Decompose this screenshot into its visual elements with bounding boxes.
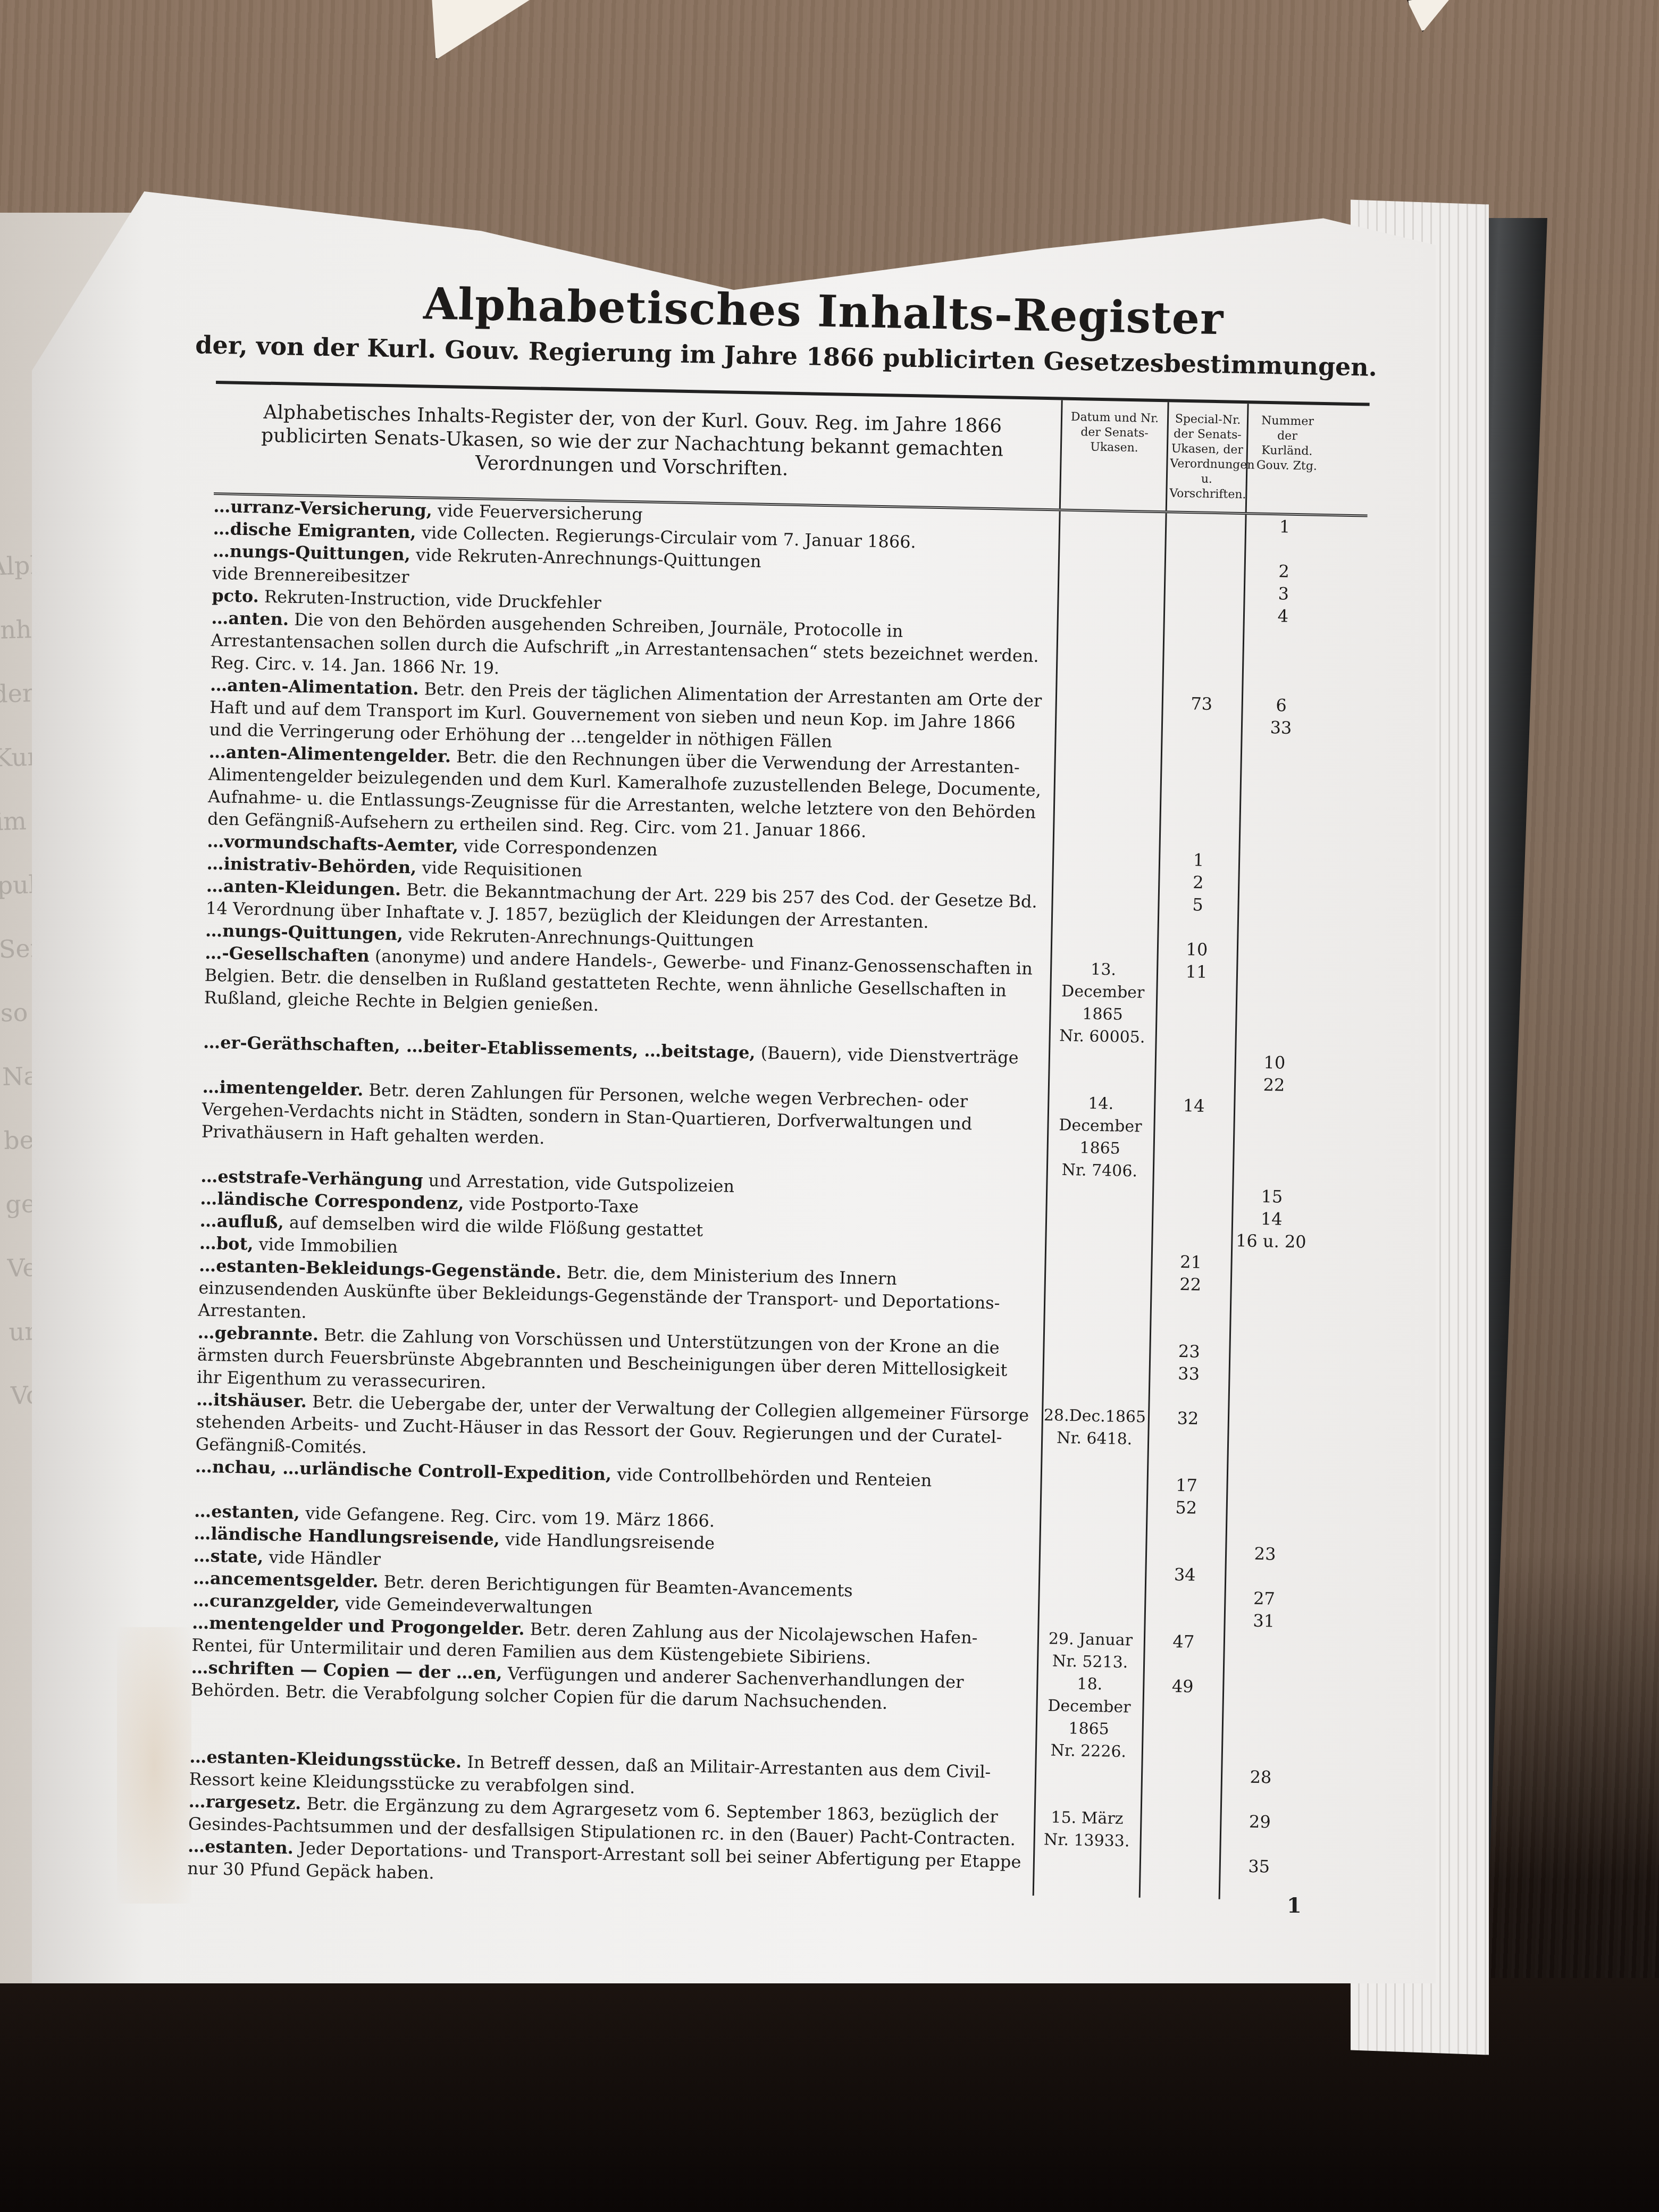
entry-date: [1055, 623, 1163, 692]
entry-keyword: …curanzgelder,: [192, 1590, 340, 1613]
entry-description: vide Brennereibesitzer: [212, 563, 409, 587]
entry-date: 18. December 1865 Nr. 2226.: [1035, 1672, 1143, 1764]
entry-gazette-number: 16 u. 20: [1231, 1229, 1311, 1253]
entry-special-number: 73: [1161, 692, 1242, 760]
entry-date: [1033, 1851, 1140, 1898]
entry-keyword: …ländische Correspondenz,: [200, 1188, 464, 1214]
entry-description: Betr. die Uebergabe der, unter der Verwa…: [195, 1392, 1029, 1457]
entry-gazette-number: 15: [1232, 1185, 1312, 1209]
entry-keyword: …urranz-Versicherung,: [213, 496, 432, 521]
entry-text: …imentengelder. Betr. deren Zahlungen fü…: [201, 1076, 1048, 1181]
entry-gazette-number: [1244, 537, 1325, 561]
entry-date: [1039, 1538, 1146, 1563]
entry-date: [1051, 935, 1158, 960]
document-page: Alphabetisches Inhalts-Register der, von…: [32, 191, 1436, 1983]
entry-special-number: 14: [1152, 1094, 1234, 1185]
entry-special-number: 47: [1143, 1630, 1224, 1676]
table-body: …urranz-Versicherung, vide Feuerversiche…: [187, 495, 1368, 1901]
entry-text: …-Gesellschaften (anonyme) und andere Ha…: [204, 942, 1051, 1047]
entry-date: [1054, 690, 1162, 759]
entry-keyword: …nungs-Quittungen,: [213, 541, 411, 565]
entry-date: [1038, 1561, 1145, 1585]
entry-keyword: …rargesetz.: [188, 1791, 301, 1813]
entry-keyword: …inistrativ-Behörden,: [206, 853, 416, 878]
entry-special-number: 22: [1150, 1272, 1230, 1341]
entry-special-number: [1159, 759, 1241, 850]
entry-special-number: [1162, 625, 1243, 693]
entry-gazette-number: [1227, 1408, 1308, 1477]
entry-description: vide Immobilien: [258, 1234, 398, 1257]
entry-date: [1053, 757, 1161, 848]
page-number: 1: [1287, 1893, 1302, 1918]
table-header: Alphabetisches Inhalts-Register der, von…: [214, 384, 1370, 517]
entry-date: [1048, 1047, 1155, 1094]
entry-keyword: …itshäuser.: [196, 1389, 307, 1412]
entry-keyword: …aufluß,: [199, 1211, 284, 1233]
entry-special-number: 1: [1159, 848, 1239, 872]
entry-gazette-number: [1242, 626, 1322, 695]
entry-description: Die von den Behörden ausgehenden Schreib…: [211, 609, 1040, 678]
entry-date: [1045, 1203, 1152, 1228]
entry-date: [1051, 891, 1158, 937]
entry-description: vide Postporto-Taxe: [469, 1193, 639, 1217]
entry-gazette-number: [1221, 1676, 1302, 1767]
entry-date: [1037, 1605, 1144, 1630]
entry-keyword: …gebrannte.: [197, 1322, 319, 1345]
entry-date: [1058, 556, 1164, 580]
entry-keyword: …imentengelder.: [202, 1077, 363, 1100]
entry-gazette-number: 23: [1225, 1542, 1305, 1566]
entry-keyword: …eststrafe-Verhängung: [200, 1166, 423, 1191]
entry-gazette-number: [1226, 1520, 1306, 1544]
entry-special-number: 32: [1147, 1406, 1228, 1475]
entry-text: …schriften — Copien — der …en, Verfügung…: [190, 1656, 1037, 1761]
entry-special-number: [1145, 1540, 1226, 1564]
entry-date: 14. December 1865 Nr. 7406.: [1046, 1092, 1154, 1183]
entry-date: 13. December 1865 Nr. 60005.: [1049, 958, 1157, 1049]
entry-gazette-number: [1228, 1341, 1309, 1410]
entry-special-number: [1163, 602, 1244, 626]
entry-date: [1038, 1583, 1145, 1607]
entry-keyword: …anten.: [211, 608, 289, 630]
entry-special-number: [1163, 580, 1244, 604]
entry-description: vide Correspondenzen: [464, 836, 658, 860]
entry-description: (Bauern), vide Dienstverträge: [760, 1043, 1019, 1068]
entry-gazette-number: 3: [1243, 582, 1323, 606]
page-content: Alphabetisches Inhalts-Register der, von…: [32, 271, 1393, 1902]
entry-special-number: 23 33: [1148, 1339, 1229, 1408]
entry-keyword: …estanten.: [188, 1836, 294, 1858]
entry-gazette-number: 10 22: [1234, 1051, 1315, 1097]
entry-gazette-number: [1235, 961, 1316, 1052]
entry-date: [1052, 868, 1159, 893]
entry-special-number: [1144, 1607, 1224, 1631]
paper-scrap: [395, 0, 534, 69]
entry-description: vide Handlungsreisende: [505, 1529, 715, 1554]
entry-keyword: …nungs-Quittungen,: [205, 920, 404, 944]
header-date-column: Datum und Nr. der Senats-Ukasen.: [1059, 400, 1168, 510]
entry-special-number: 34: [1145, 1563, 1225, 1587]
entry-description: vide Händler: [269, 1547, 381, 1569]
entry-keyword: …dische Emigranten,: [213, 518, 416, 542]
entry-gazette-number: 1: [1245, 515, 1325, 539]
entry-special-number: 5: [1157, 893, 1238, 939]
entry-description: vide Gemeindeverwaltungen: [345, 1593, 593, 1618]
entry-keyword: …vormundschafts-Aemter,: [207, 831, 458, 856]
entry-date: [1040, 1471, 1147, 1518]
entry-gazette-number: [1225, 1564, 1305, 1588]
entry-keyword: …estanten-Kleidungsstücke.: [189, 1746, 462, 1772]
entry-special-number: [1154, 1049, 1235, 1095]
entry-description: vide Controllbehörden und Renteien: [617, 1464, 932, 1490]
entry-special-number: [1164, 558, 1244, 582]
entry-gazette-number: [1236, 939, 1317, 963]
entry-gazette-number: 27: [1224, 1587, 1304, 1611]
entry-keyword: …estanten,: [194, 1501, 300, 1523]
entry-gazette-number: 28: [1220, 1765, 1301, 1812]
entry-date: [1057, 600, 1164, 625]
entry-keyword: pcto.: [212, 585, 259, 607]
entry-date: [1052, 846, 1159, 870]
header-main: Alphabetisches Inhalts-Register der, von…: [214, 384, 1061, 508]
entry-gazette-number: [1226, 1475, 1306, 1521]
entry-keyword: …anten-Alimentation.: [210, 675, 419, 699]
entry-gazette-number: [1238, 850, 1319, 874]
entry-text: …anten-Alimentengelder. Betr. die den Re…: [207, 741, 1054, 846]
register-table: Alphabetisches Inhalts-Register der, von…: [187, 381, 1370, 1901]
entry-date: [1059, 511, 1166, 535]
entry-special-number: [1146, 1518, 1226, 1542]
entry-keyword: …ancementsgelder.: [193, 1568, 379, 1592]
entry-special-number: [1139, 1808, 1220, 1855]
entry-special-number: [1139, 1853, 1220, 1899]
entry-special-number: [1152, 1205, 1232, 1229]
entry-gazette-number: [1232, 1095, 1313, 1186]
entry-keyword: …mentengelder und Progongelder.: [192, 1612, 525, 1639]
entry-gazette-number: 2: [1244, 559, 1324, 583]
entry-date: [1040, 1516, 1146, 1540]
entry-date: [1034, 1762, 1142, 1808]
entry-keyword: …-Gesellschaften: [205, 943, 370, 966]
entry-gazette-number: [1237, 894, 1318, 941]
header-number-column: Nummer der Kurländ. Gouv. Ztg.: [1245, 404, 1327, 514]
entry-keyword: …state,: [193, 1546, 264, 1568]
entry-gazette-number: 31: [1224, 1609, 1304, 1633]
entry-date: [1042, 1337, 1149, 1406]
entry-keyword: …anten-Kleidungen.: [206, 876, 401, 900]
paper-scrap: [1406, 0, 1463, 34]
entry-keyword: …bot,: [199, 1233, 254, 1254]
entry-special-number: [1144, 1585, 1225, 1609]
entry-date: 15. März Nr. 13933.: [1033, 1806, 1141, 1853]
entry-special-number: 11: [1155, 960, 1236, 1051]
entry-special-number: [1151, 1228, 1231, 1252]
entry-date: [1043, 1270, 1151, 1339]
entry-special-number: 17 52: [1146, 1473, 1227, 1520]
entry-special-number: [1165, 513, 1245, 537]
entry-description: vide Feuerversicherung: [438, 500, 643, 524]
entry-special-number: 2: [1158, 870, 1238, 894]
entry-gazette-number: [1223, 1631, 1304, 1678]
entry-gazette-number: [1230, 1252, 1311, 1276]
entry-gazette-number: 14: [1231, 1207, 1312, 1231]
entry-date: 28.Dec.1865 Nr. 6418.: [1041, 1404, 1148, 1473]
entry-date: [1044, 1248, 1151, 1272]
entry-special-number: [1164, 535, 1245, 559]
entry-date: [1046, 1181, 1153, 1205]
entry-date: [1057, 578, 1164, 602]
entry-gazette-number: [1229, 1274, 1310, 1343]
entry-keyword: …schriften — Copien — der …en,: [191, 1657, 502, 1683]
entry-special-number: [1141, 1764, 1221, 1810]
entry-gazette-number: [1239, 760, 1320, 851]
entry-gazette-number: 4: [1243, 604, 1323, 628]
entry-keyword: …anten-Alimentengelder.: [208, 742, 451, 767]
entry-special-number: 49: [1141, 1674, 1222, 1765]
entry-special-number: 10: [1157, 937, 1237, 961]
entry-gazette-number: 29: [1219, 1810, 1300, 1856]
entry-date: [1058, 533, 1165, 558]
entry-gazette-number: 6 33: [1241, 693, 1321, 762]
entry-date: 29. Januar Nr. 5213.: [1037, 1628, 1144, 1674]
entry-date: [1045, 1226, 1152, 1250]
entry-special-number: [1152, 1183, 1233, 1207]
entry-description: vide Requisitionen: [422, 858, 582, 881]
header-special-column: Special-Nr. der Senats-Ukasen, der Veror…: [1166, 402, 1247, 512]
entry-gazette-number: [1238, 872, 1318, 896]
entry-special-number: 21: [1151, 1250, 1231, 1274]
